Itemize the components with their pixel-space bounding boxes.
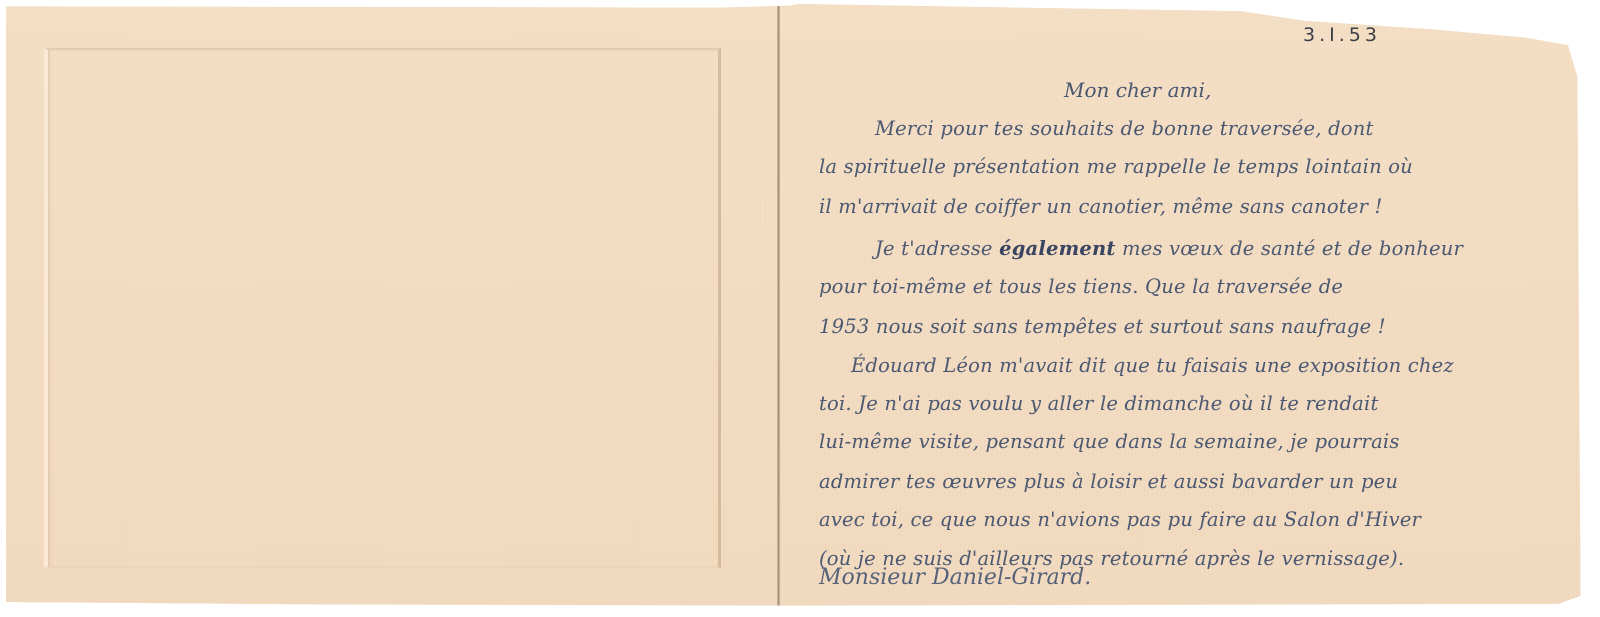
letter-line-4-end: mes vœux de santé et de bonheur: [1122, 237, 1463, 260]
letter-line-7: Édouard Léon m'avait dit que tu faisais …: [851, 354, 1454, 377]
letter-line-10: admirer tes œuvres plus à loisir et auss…: [819, 470, 1398, 493]
letter-recipient: Monsieur Daniel-Girard.: [819, 565, 1091, 590]
letter-line-4: Je t'adresse également mes vœux de santé…: [875, 237, 1463, 260]
letter-line-11: avec toi, ce que nous n'avions pas pu fa…: [819, 508, 1421, 531]
letter-line-5: pour toi-même et tous les tiens. Que la …: [819, 275, 1343, 298]
letter-line-4-start: Je t'adresse: [875, 237, 993, 260]
handwritten-letter: 3.I.53 Mon cher ami, Merci pour tes souh…: [779, 4, 1590, 608]
card-paper: 3.I.53 Mon cher ami, Merci pour tes souh…: [6, 4, 1590, 608]
letter-line-9: lui-même visite, pensant que dans la sem…: [819, 430, 1400, 453]
letter-line-2: la spirituelle présentation me rappelle …: [819, 155, 1413, 178]
card-left-panel: [6, 4, 778, 608]
emphasized-word: également: [999, 237, 1116, 260]
letter-line-8: toi. Je n'ai pas voulu y aller le dimanc…: [819, 392, 1378, 415]
letter-date: 3.I.53: [1303, 24, 1381, 46]
scanned-card: 3.I.53 Mon cher ami, Merci pour tes souh…: [0, 0, 1600, 617]
letter-line-3: il m'arrivait de coiffer un canotier, mê…: [819, 195, 1383, 218]
letter-line-1: Merci pour tes souhaits de bonne travers…: [875, 117, 1374, 140]
card-right-panel: 3.I.53 Mon cher ami, Merci pour tes souh…: [779, 4, 1590, 608]
letter-salutation: Mon cher ami,: [1064, 78, 1211, 102]
letter-line-6: 1953 nous soit sans tempêtes et surtout …: [819, 315, 1386, 338]
embossed-frame: [44, 48, 721, 568]
